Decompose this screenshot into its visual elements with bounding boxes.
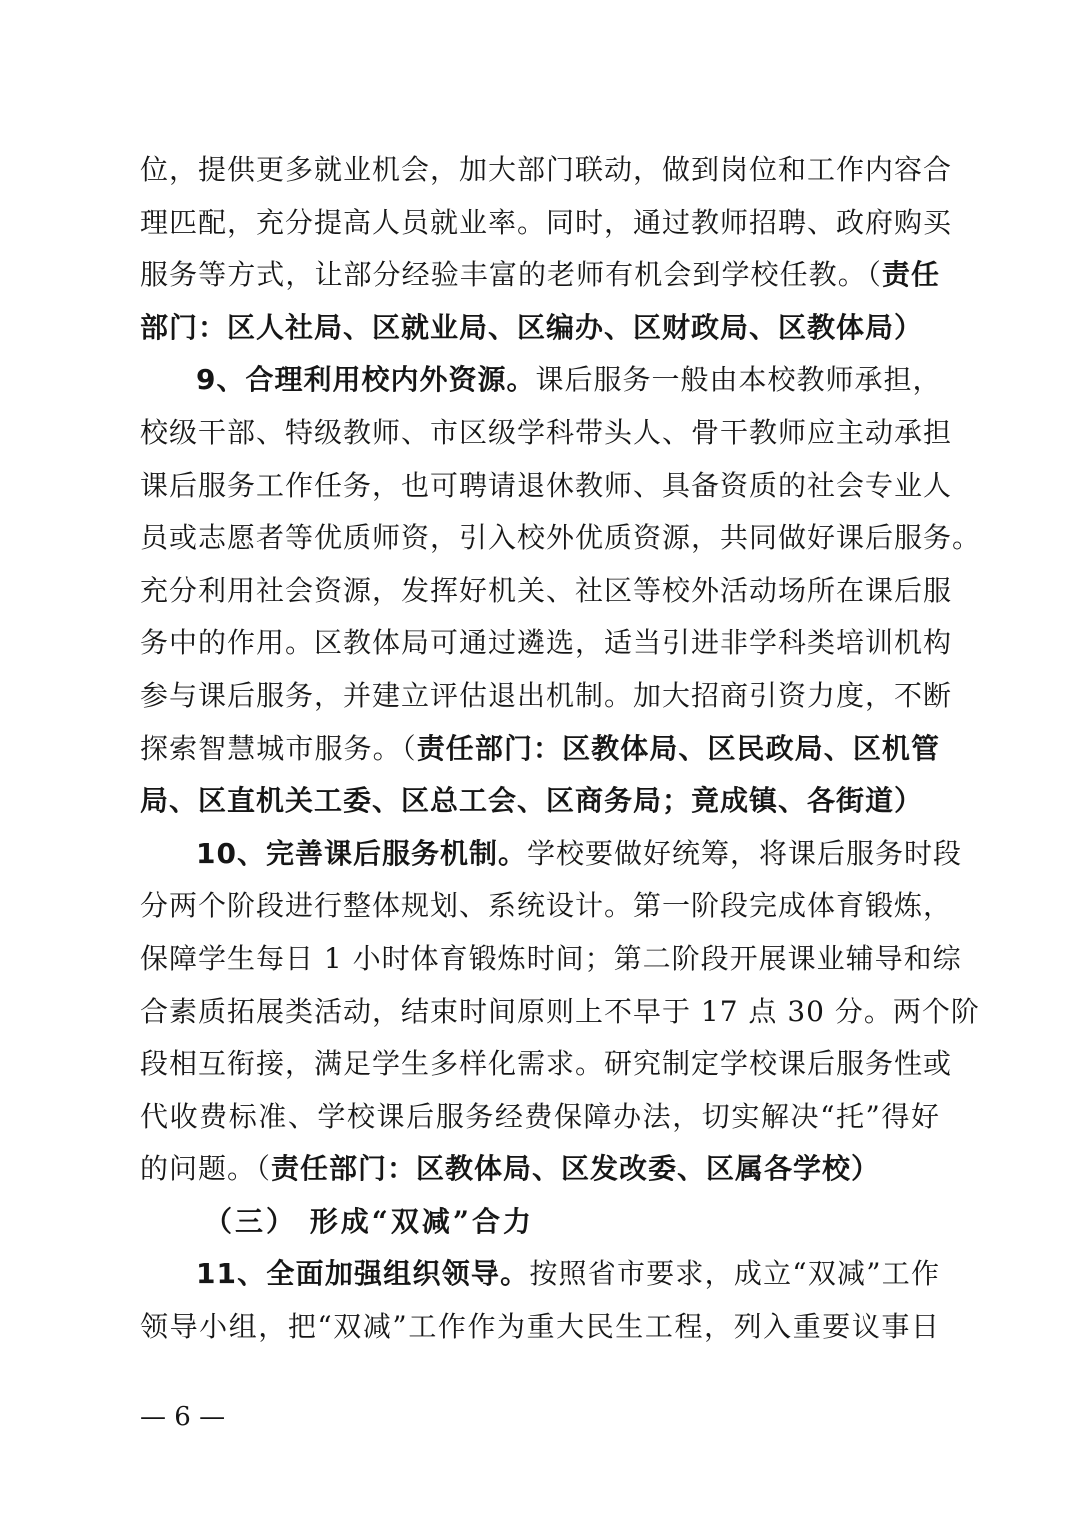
text-line: 的问题。（责任部门：区教体局、区发改委、区属各学校） bbox=[140, 1143, 940, 1196]
item-10-title-line: 10、完善课后服务机制。学校要做好统筹，将课后服务时段 bbox=[140, 828, 940, 881]
item-heading: 10、完善课后服务机制。 bbox=[196, 837, 527, 870]
text-line: 位，提供更多就业机会，加大部门联动，做到岗位和工作内容合 bbox=[140, 144, 940, 197]
text-line: 分两个阶段进行整体规划、系统设计。第一阶段完成体育锻炼， bbox=[140, 880, 940, 933]
text-line: 务中的作用。区教体局可通过遴选，适当引进非学科类培训机构 bbox=[140, 617, 940, 670]
item-heading: 11、全面加强组织领导。 bbox=[196, 1257, 529, 1290]
text-line: 领导小组，把“双减”工作作为重大民生工程，列入重要议事日 bbox=[140, 1301, 940, 1354]
document-page: 位，提供更多就业机会，加大部门联动，做到岗位和工作内容合 理匹配，充分提高人员就… bbox=[140, 144, 940, 1354]
text-line: 保障学生每日 1 小时体育锻炼时间；第二阶段开展课业辅导和综 bbox=[140, 933, 940, 986]
text-line: 服务等方式，让部分经验丰富的老师有机会到学校任教。（责任 bbox=[140, 249, 940, 302]
text-line: 部门：区人社局、区就业局、区编办、区财政局、区教体局） bbox=[140, 302, 940, 355]
text-line: 探索智慧城市服务。（责任部门：区教体局、区民政局、区机管 bbox=[140, 723, 940, 776]
item-9-title-line: 9、合理利用校内外资源。课后服务一般由本校教师承担， bbox=[140, 354, 940, 407]
text-line: 充分利用社会资源，发挥好机关、社区等校外活动场所在课后服 bbox=[140, 565, 940, 618]
section-heading: （三） 形成“双减”合力 bbox=[140, 1196, 940, 1249]
responsible-dept-list: 责任部门：区教体局、区民政局、区机管 bbox=[417, 732, 940, 765]
text-line: 课后服务工作任务，也可聘请退休教师、具备资质的社会专业人 bbox=[140, 460, 940, 513]
text-line: 参与课后服务，并建立评估退出机制。加大招商引资力度，不断 bbox=[140, 670, 940, 723]
text-line: 段相互衔接，满足学生多样化需求。研究制定学校课后服务性或 bbox=[140, 1038, 940, 1091]
text-line: 局、区直机关工委、区总工会、区商务局；竟成镇、各街道） bbox=[140, 775, 940, 828]
responsible-dept-list: 局、区直机关工委、区总工会、区商务局；竟成镇、各街道） bbox=[140, 784, 923, 817]
item-11-title-line: 11、全面加强组织领导。按照省市要求，成立“双减”工作 bbox=[140, 1248, 940, 1301]
page-number: — 6 — bbox=[140, 1402, 225, 1432]
text-line: 理匹配，充分提高人员就业率。同时，通过教师招聘、政府购买 bbox=[140, 197, 940, 250]
text-line: 代收费标准、学校课后服务经费保障办法，切实解决“托”得好 bbox=[140, 1091, 940, 1144]
text-line: 合素质拓展类活动，结束时间原则上不早于 17 点 30 分。两个阶 bbox=[140, 986, 940, 1039]
item-heading: 9、合理利用校内外资源。 bbox=[196, 363, 535, 396]
text-line: 员或志愿者等优质师资，引入校外优质资源，共同做好课后服务。 bbox=[140, 512, 940, 565]
responsible-dept-list: 责任部门：区教体局、区发改委、区属各学校） bbox=[271, 1152, 880, 1185]
text-line: 校级干部、特级教师、市区级学科带头人、骨干教师应主动承担 bbox=[140, 407, 940, 460]
responsible-dept-list: 部门：区人社局、区就业局、区编办、区财政局、区教体局） bbox=[140, 311, 923, 344]
responsible-dept-label: 责任 bbox=[882, 258, 940, 291]
